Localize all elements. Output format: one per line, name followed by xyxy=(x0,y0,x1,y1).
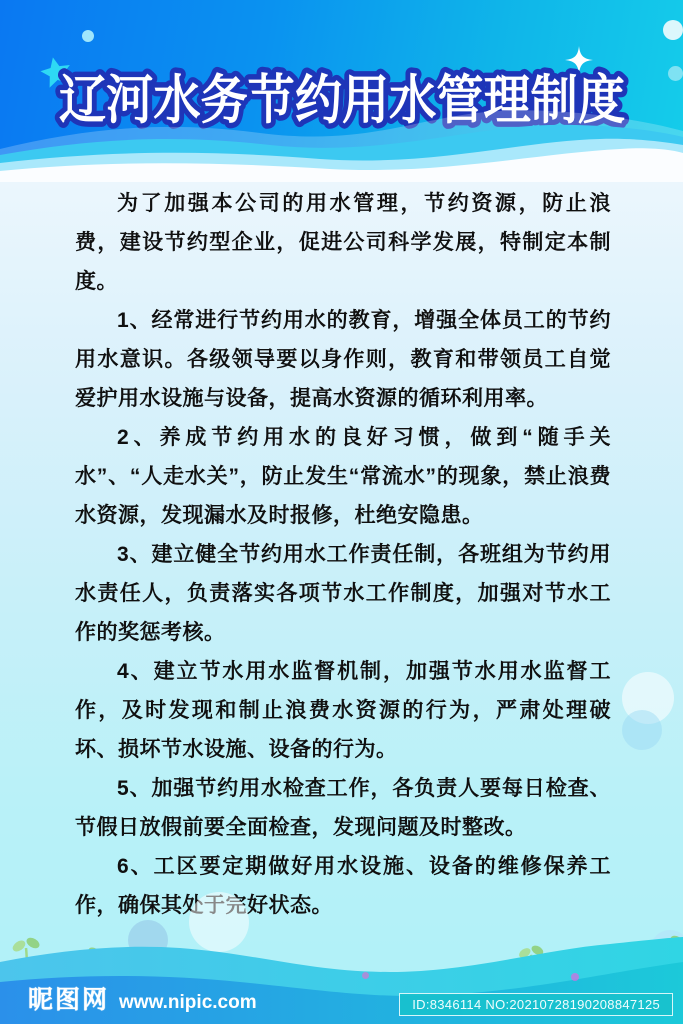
site-url: www.nipic.com xyxy=(119,992,257,1014)
policy-text-block: 为了加强本公司的用水管理，节约资源，防止浪费，建设节约型企业，促进公司科学发展，… xyxy=(75,184,611,925)
policy-paragraph-6: 6、工区要定期做好用水设施、设备的维修保养工作，确保其处于完好状态。 xyxy=(75,847,611,925)
policy-paragraph-1: 1、经常进行节约用水的教育，增强全体员工的节约用水意识。各级领导要以身作则，教育… xyxy=(75,301,611,418)
policy-paragraph-3: 3、建立健全节约用水工作责任制，各班组为节约用水责任人，负责落实各项节水工作制度… xyxy=(75,535,611,652)
image-id-badge: ID:8346114 NO:20210728190208847125 xyxy=(399,993,673,1016)
dot-decoration xyxy=(82,30,94,42)
site-watermark: 昵图网 www.nipic.com xyxy=(28,980,257,1016)
flower-icon xyxy=(362,972,369,979)
flower-icon xyxy=(571,973,579,981)
header-banner: 辽河水务节约用水管理制度 辽河水务节约用水管理制度 xyxy=(0,0,683,182)
bubble-decoration xyxy=(622,710,662,750)
policy-paragraph-5: 5、加强节约用水检查工作，各负责人要每日检查、节假日放假前要全面检查，发现问题及… xyxy=(75,769,611,847)
policy-paragraph-2: 2、养成节约用水的良好习惯，做到“随手关水”、“人走水关”，防止发生“常流水”的… xyxy=(75,418,611,535)
policy-paragraph-intro: 为了加强本公司的用水管理，节约资源，防止浪费，建设节约型企业，促进公司科学发展，… xyxy=(75,184,611,301)
policy-paragraph-4: 4、建立节水用水监督机制，加强节水用水监督工作，及时发现和制止浪费水资源的行为，… xyxy=(75,652,611,769)
header-waves xyxy=(0,97,683,182)
dot-decoration xyxy=(663,20,683,40)
site-logo: 昵图网 xyxy=(28,980,109,1016)
water-policy-poster: 辽河水务节约用水管理制度 辽河水务节约用水管理制度 为了加强本公司的用水管理，节… xyxy=(0,0,683,1024)
